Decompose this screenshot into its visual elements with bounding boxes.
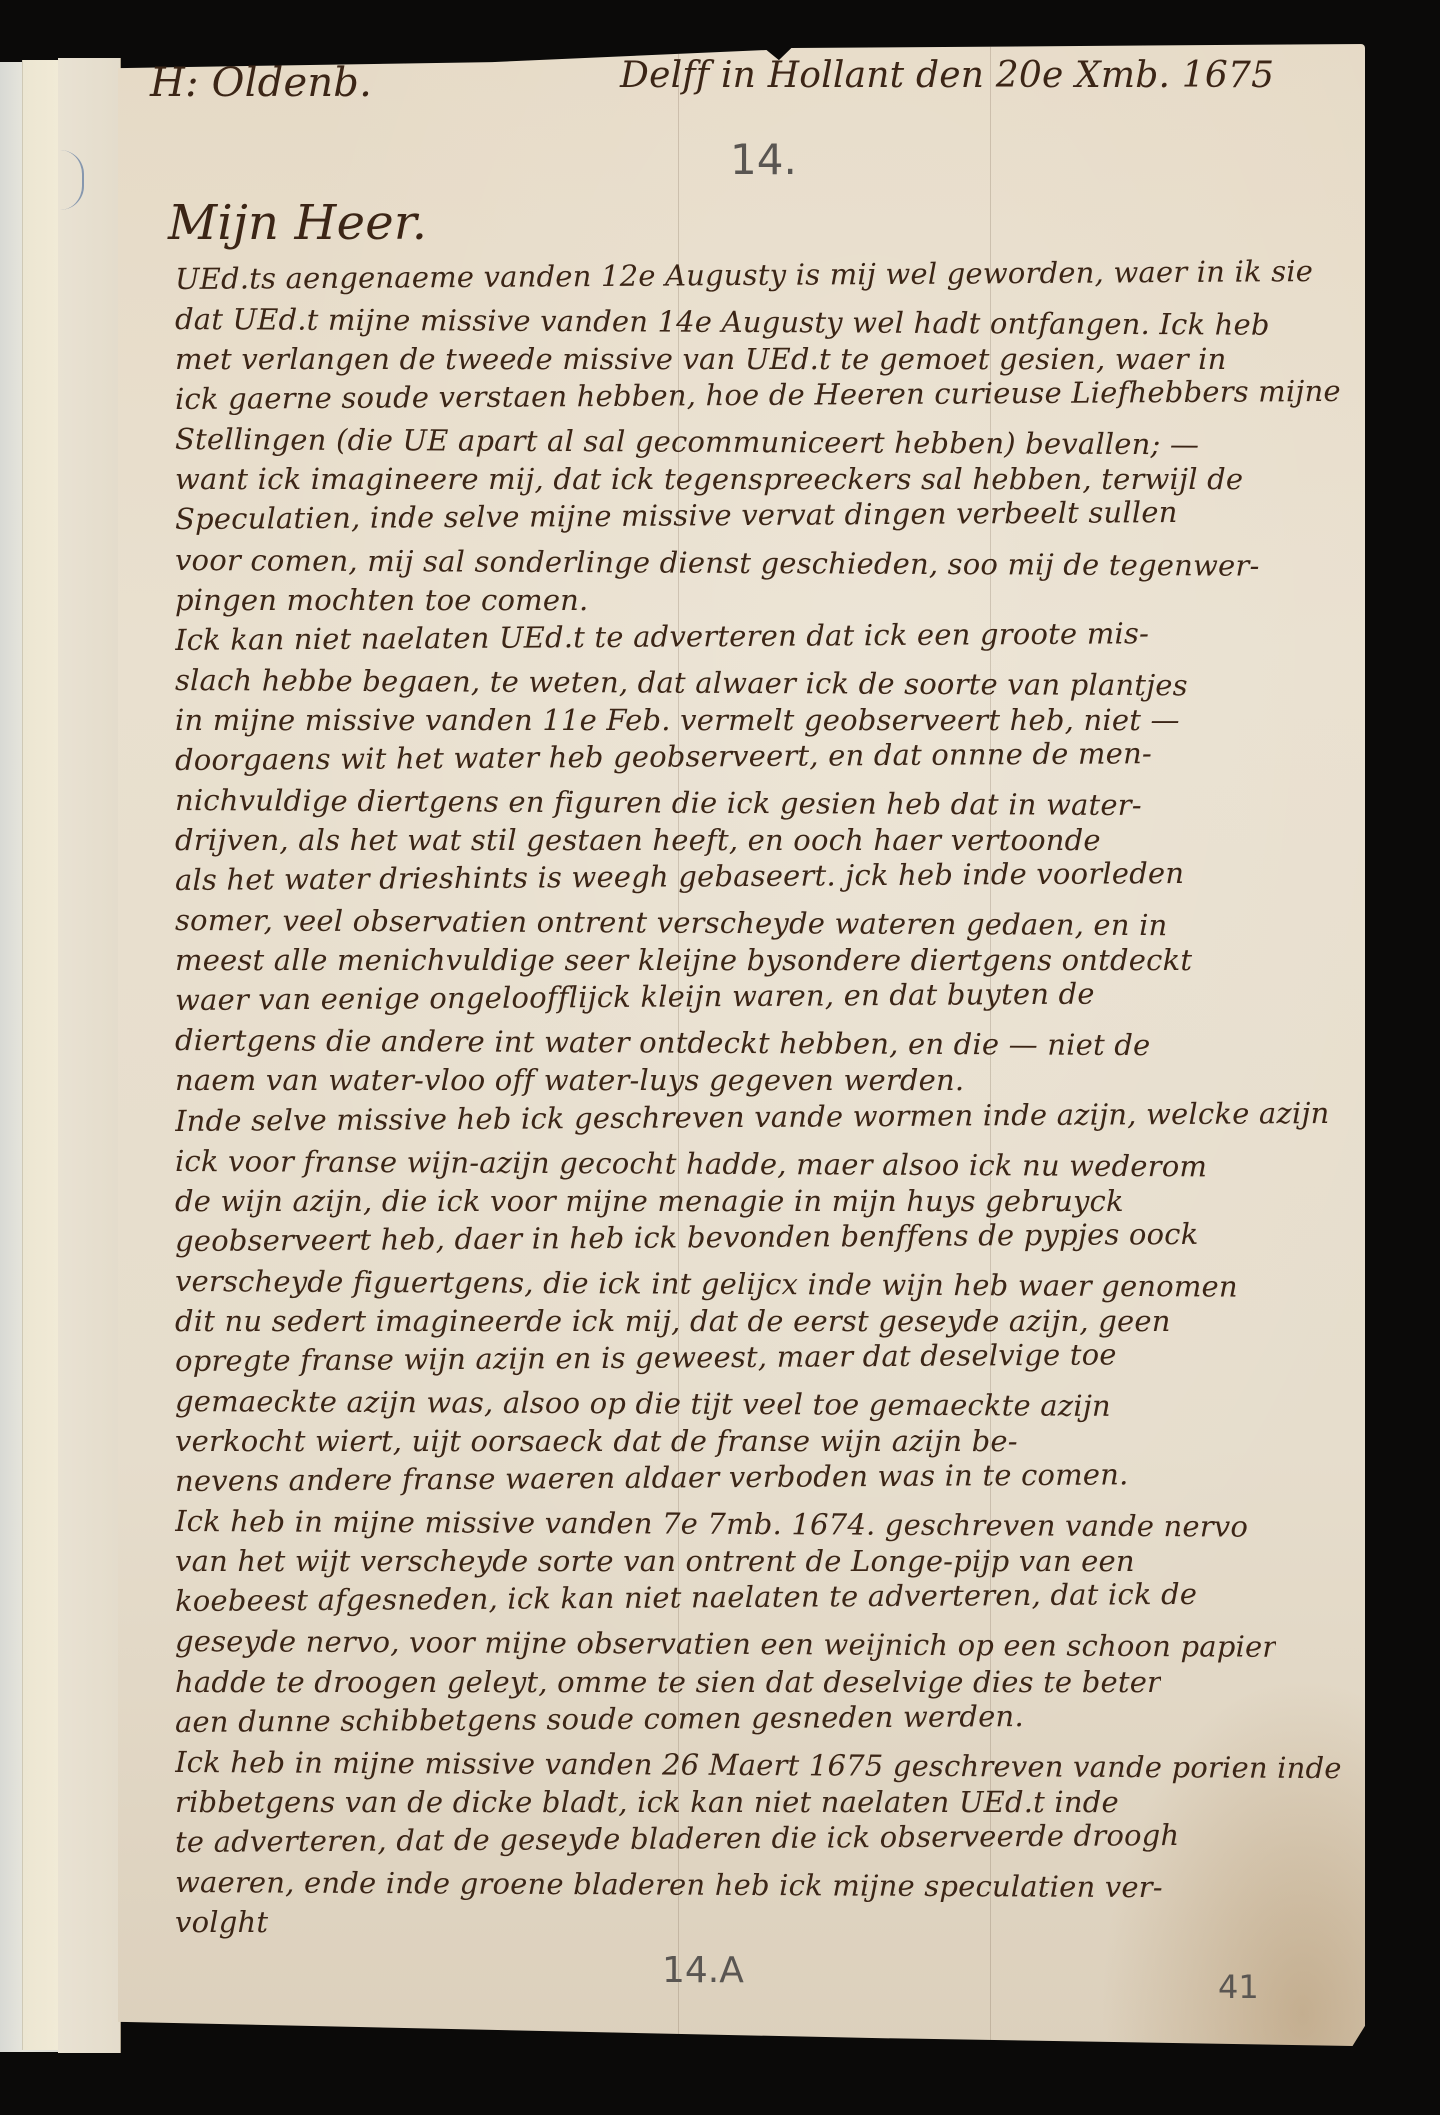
- handwritten-line: opregte franse wijn azijn en is geweest,…: [175, 1337, 1117, 1378]
- handwritten-line: slach hebbe begaen, te weten, dat alwaer…: [175, 663, 1188, 702]
- handwritten-line: verkocht wiert, uijt oorsaeck dat de fra…: [175, 1424, 1018, 1458]
- handwritten-line: als het water drieshints is weegh gebase…: [175, 856, 1184, 897]
- handwritten-line: verscheyde figuertgens, die ick int geli…: [175, 1264, 1238, 1304]
- page-number: 41: [1218, 1968, 1259, 2006]
- handwritten-line: want ick imagineere mij, dat ick tegensp…: [175, 462, 1243, 496]
- folio-number: 14.: [730, 135, 797, 184]
- handwritten-line: doorgaens wit het water heb geobserveert…: [175, 736, 1152, 777]
- mount-strip: [58, 58, 121, 2053]
- handwritten-line: waeren, ende inde groene bladeren heb ic…: [175, 1865, 1163, 1904]
- handwritten-line: Stellingen (die UE apart al sal gecommun…: [175, 422, 1199, 461]
- handwritten-line: gemaeckte azijn was, alsoo op die tijt v…: [175, 1384, 1111, 1423]
- handwritten-line: meest alle menichvuldige seer kleijne by…: [175, 943, 1192, 977]
- handwritten-line: geobserveert heb, daer in heb ick bevond…: [175, 1217, 1199, 1258]
- handwritten-line: van het wijt verscheyde sorte van ontren…: [175, 1544, 1135, 1578]
- handwritten-line: nichvuldige diertgens en figuren die ick…: [175, 783, 1142, 822]
- handwritten-line: dit nu sedert imagineerde ick mij, dat d…: [175, 1304, 1171, 1338]
- handwritten-line: Ick heb in mijne missive vanden 7e 7mb. …: [175, 1504, 1248, 1544]
- handwritten-line: in mijne missive vanden 11e Feb. vermelt…: [175, 703, 1180, 737]
- place-date: Delff in Hollant den 20e Xmb. 1675: [620, 55, 1274, 96]
- handwritten-line: Ick kan niet naelaten UEd.t te advertere…: [175, 616, 1149, 657]
- handwritten-line: Speculatien, inde selve mijne missive ve…: [175, 495, 1178, 536]
- handwritten-line: waer van eenige ongeloofflijck kleijn wa…: [175, 977, 1095, 1017]
- handwritten-line: ribbetgens van de dicke bladt, ick kan n…: [175, 1785, 1119, 1819]
- handwritten-line: pingen mochten toe comen.: [175, 583, 588, 617]
- handwritten-line: diertgens die andere int water ontdeckt …: [175, 1023, 1151, 1062]
- handwritten-line: hadde te droogen geleyt, omme te sien da…: [175, 1665, 1161, 1699]
- salutation: Mijn Heer.: [168, 195, 427, 251]
- handwritten-line: naem van water-vloo off water-luys gegev…: [175, 1063, 964, 1097]
- addressee-note: H: Oldenb.: [150, 60, 372, 106]
- archive-number: 14.A: [662, 1950, 744, 1991]
- handwritten-line: Ick heb in mijne missive vanden 26 Maert…: [175, 1745, 1342, 1785]
- handwritten-line: met verlangen de tweede missive van UEd.…: [175, 342, 1227, 376]
- handwritten-line: ick voor franse wijn-azijn gecocht hadde…: [175, 1144, 1207, 1183]
- handwritten-line: koebeest afgesneden, ick kan niet naelat…: [175, 1577, 1197, 1618]
- handwritten-line: drijven, als het wat stil gestaen heeft,…: [175, 823, 1101, 857]
- handwritten-line: nevens andere franse waeren aldaer verbo…: [175, 1457, 1129, 1498]
- handwritten-line: de wijn azijn, die ick voor mijne menagi…: [175, 1184, 1124, 1218]
- guard-strip: [22, 60, 59, 2050]
- handwritten-line: geseyde nervo, voor mijne observatien ee…: [175, 1624, 1277, 1664]
- handwritten-line: te adverteren, dat de geseyde bladeren d…: [175, 1818, 1180, 1859]
- handwritten-line: somer, veel observatien ontrent verschey…: [175, 903, 1168, 942]
- handwritten-line: aen dunne schibbetgens soude comen gesne…: [175, 1699, 1024, 1739]
- handwritten-line: voor comen, mij sal sonderlinge dienst g…: [175, 543, 1260, 583]
- handwritten-line: volght: [175, 1905, 268, 1939]
- handwritten-line: dat UEd.t mijne missive vanden 14e Augus…: [175, 302, 1270, 342]
